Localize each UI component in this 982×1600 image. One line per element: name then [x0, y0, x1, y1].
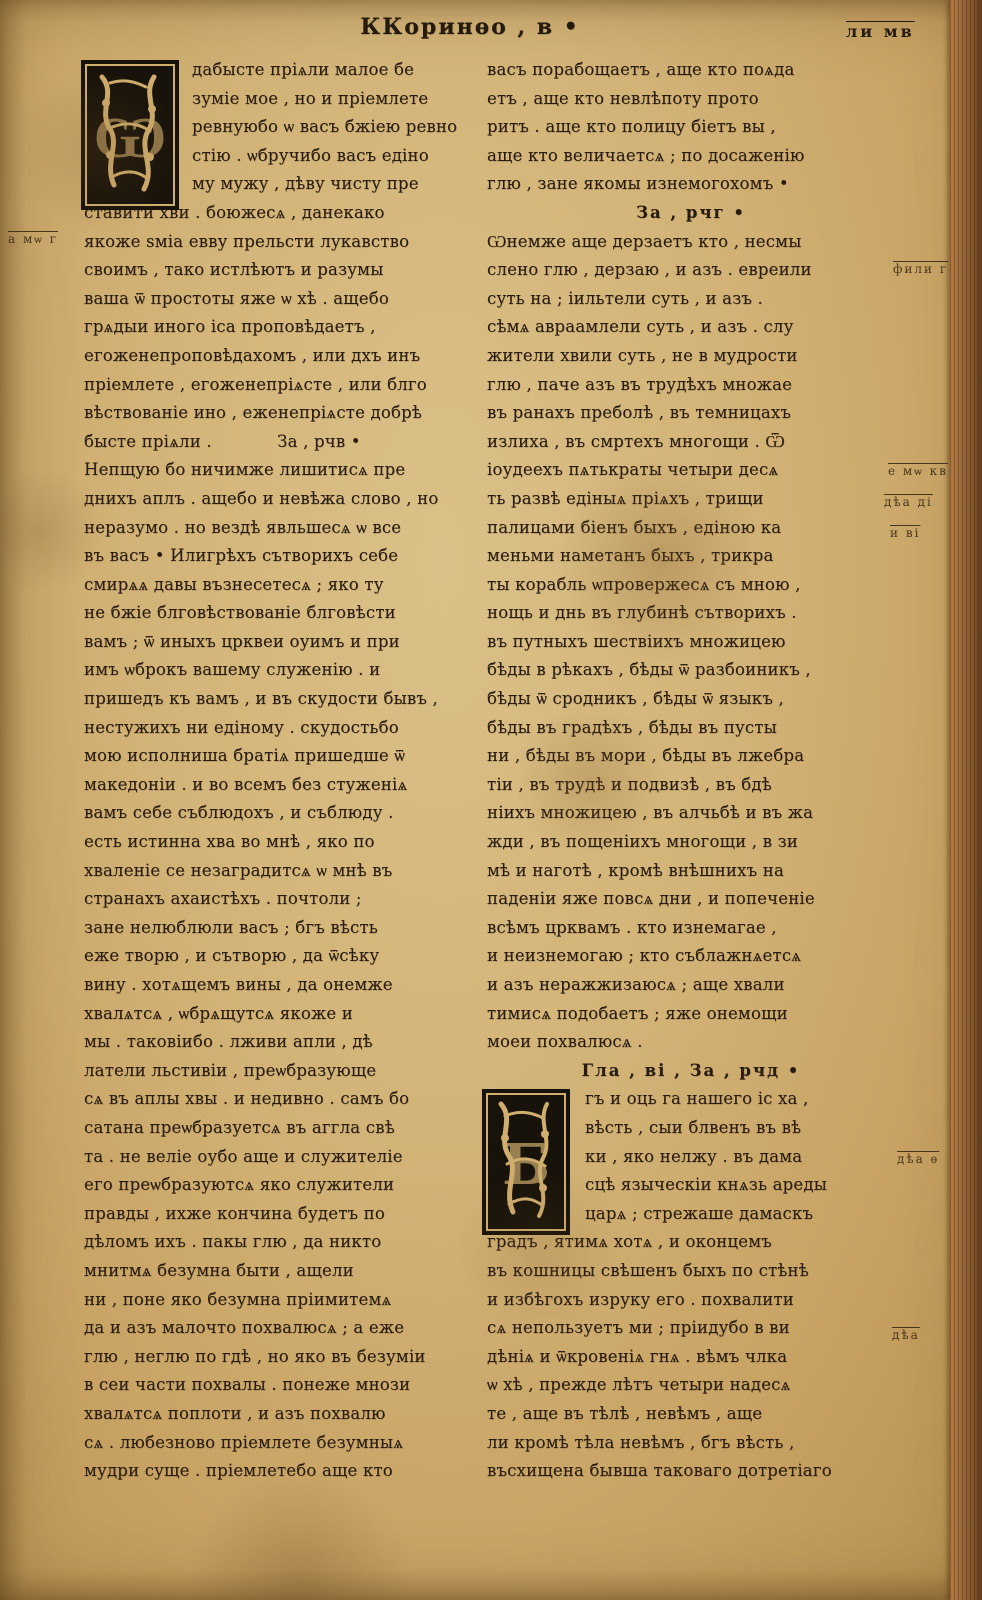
- text-line: въ путныхъ шествіихъ множицею: [487, 628, 895, 657]
- text-line: ты корабль ѡпровержесѧ съ мною ,: [487, 571, 895, 600]
- text-line: меньми наметанъ быхъ , трикра: [487, 542, 895, 571]
- text-line: еже творю , и сътворю , да ѿсѣку: [84, 942, 486, 971]
- text-line: етъ , аще кто невлѣпоту прото: [487, 85, 895, 114]
- text-line: ѡ хѣ , прежде лѣтъ четыри надесѧ: [487, 1371, 895, 1400]
- text-line: ніихъ множицею , въ алчьбѣ и въ жа: [487, 799, 895, 828]
- text-line: вамъ ; ѿ иныхъ црквеи оуимъ и при: [84, 628, 486, 657]
- text-line: зане нелюблюли васъ ; бгъ вѣсть: [84, 914, 486, 943]
- text-line: аще кто величаетсѧ ; по досаженію: [487, 142, 895, 171]
- text-line: те , аще въ тѣлѣ , невѣмъ , аще: [487, 1400, 895, 1429]
- text-line: ли кромѣ тѣла невѣмъ , бгъ вѣсть ,: [487, 1429, 895, 1458]
- text-line: тимисѧ подобаетъ ; яже онемощи: [487, 1000, 895, 1029]
- text-column-right: Б васъ порабощаетъ , аще кто поѧдаетъ , …: [487, 56, 895, 1486]
- text-line: ритъ . аще кто полицу біетъ вы ,: [487, 113, 895, 142]
- folio-number: ли мв: [846, 22, 915, 41]
- margin-reference-acts-9: дѣа ѳ: [897, 1152, 939, 1166]
- text-line: тіи , въ трудѣ и подвизѣ , въ бдѣ: [487, 771, 895, 800]
- text-line: мнитмѧ безумна быти , ащели: [84, 1257, 486, 1286]
- text-line: та . не веліе оубо аще и служителіе: [84, 1143, 486, 1172]
- text-line: глю , зане якомы изнемогохомъ •: [487, 170, 895, 199]
- margin-reference-small: и ві: [890, 526, 920, 540]
- text-line: вину . хотѧщемъ вины , да онемже: [84, 971, 486, 1000]
- text-line: странахъ ахаистѣхъ . почтоли ;: [84, 885, 486, 914]
- text-line: васъ порабощаетъ , аще кто поѧда: [487, 56, 895, 85]
- text-line: правды , ихже кончина будетъ по: [84, 1200, 486, 1229]
- text-line: латели льстивіи , преѡбразующе: [84, 1057, 486, 1086]
- text-line: суть на ; іильтели суть , и азъ .: [487, 285, 895, 314]
- text-line: Непщую бо ничимже лишитисѧ пре: [84, 456, 486, 485]
- text-line: вамъ себе съблюдохъ , и съблюду .: [84, 799, 486, 828]
- text-line: грѧдыи иного іса проповѣдаетъ ,: [84, 313, 486, 342]
- text-line: хвалѧтсѧ , ѡбрѧщутсѧ якоже и: [84, 1000, 486, 1029]
- text-line: и азъ неражжизаюсѧ ; аще хвали: [487, 971, 895, 1000]
- text-line: имъ ѡброкъ вашему служенію . и: [84, 656, 486, 685]
- text-line: и избѣгохъ изруку его . похвалити: [487, 1286, 895, 1315]
- text-line: всѣмъ црквамъ . кто изнемагае ,: [487, 914, 895, 943]
- text-line: моеи похвалюсѧ .: [487, 1028, 895, 1057]
- margin-reference-acts-2: дѣа: [892, 1328, 920, 1342]
- book-page-scan: ККоринѳо , в • ли мв Ѡ дабысте пріѧли ма…: [0, 0, 982, 1600]
- text-line: бѣды въ градѣхъ , бѣды въ пусты: [487, 714, 895, 743]
- text-line: палицами біенъ быхъ , едіною ка: [487, 514, 895, 543]
- text-line: дѣніѧ и ѿкровеніѧ гнѧ . вѣмъ члка: [487, 1343, 895, 1372]
- text-line: сѧ . любезново пріемлете безумныѧ: [84, 1429, 486, 1458]
- text-line: жители хвили суть , не в мудрости: [487, 342, 895, 371]
- text-line: пришедъ къ вамъ , и въ скудости бывъ ,: [84, 685, 486, 714]
- text-line: его преѡбразуютсѧ яко служители: [84, 1171, 486, 1200]
- text-line: и неизнемогаю ; кто съблажнѧетсѧ: [487, 942, 895, 971]
- text-line: излиха , въ смртехъ многощи . Ѿ: [487, 428, 895, 457]
- text-line: Ѡнемже аще дерзаетъ кто , несмы: [487, 228, 895, 257]
- text-line: хваленіе се незаградитсѧ ѡ мнѣ въ: [84, 857, 486, 886]
- text-line: днихъ аплъ . ащебо и невѣжа слово , но: [84, 485, 486, 514]
- text-line: іоудеехъ пѧтькраты четыри десѧ: [487, 456, 895, 485]
- zachalo-marker-line: Гла , ві , За , рчд •: [487, 1057, 895, 1086]
- text-line: ни , поне яко безумна пріимитемѧ: [84, 1286, 486, 1315]
- text-line: македоніи . и во всемъ без стуженіѧ: [84, 771, 486, 800]
- margin-reference-deuteronomy: е мѡ кв: [888, 464, 948, 479]
- zachalo-marker-line: За , рчг •: [487, 199, 895, 228]
- text-line: нощь и днь въ глубинѣ сътворихъ .: [487, 599, 895, 628]
- text-line: мѣ и наготѣ , кромѣ внѣшнихъ на: [487, 857, 895, 886]
- text-line: въ ранахъ преболѣ , въ темницахъ: [487, 399, 895, 428]
- text-line: мою исполниша братіѧ пришедше ѿ: [84, 742, 486, 771]
- text-line: своимъ , тако истлѣютъ и разумы: [84, 256, 486, 285]
- text-line: сѣмѧ авраамлели суть , и азъ . слу: [487, 313, 895, 342]
- text-line: да и азъ малочто похвалюсѧ ; а еже: [84, 1314, 486, 1343]
- text-line: паденіи яже повсѧ дни , и попеченіе: [487, 885, 895, 914]
- text-line: якоже ѕміа евву прельсти лукавство: [84, 228, 486, 257]
- initial-letter: Б: [502, 1132, 550, 1198]
- text-line: мы . таковіибо . лживи апли , дѣ: [84, 1028, 486, 1057]
- text-line: в сеи части похвалы . понеже мнози: [84, 1371, 486, 1400]
- text-line: ни , бѣды въ мори , бѣды въ лжебра: [487, 742, 895, 771]
- woodcut-initial-buki-icon: Б: [481, 1088, 571, 1236]
- text-line: жди , въ пощеніихъ многощи , в зи: [487, 828, 895, 857]
- text-line: сатана преѡбразуетсѧ въ аггла свѣ: [84, 1114, 486, 1143]
- margin-reference-acts: дѣа ді: [884, 495, 933, 509]
- text-line: есть истинна хва во мнѣ , яко по: [84, 828, 486, 857]
- text-line: сѧ въ аплы хвы . и недивно . самъ бо: [84, 1085, 486, 1114]
- text-line: егоженепроповѣдахомъ , или дхъ инъ: [84, 342, 486, 371]
- text-line: бѣды ѿ сродникъ , бѣды ѿ языкъ ,: [487, 685, 895, 714]
- text-line: бѣды в рѣкахъ , бѣды ѿ разбоиникъ ,: [487, 656, 895, 685]
- text-column-left: Ѡ дабысте пріѧли малое безуміе мое , но …: [84, 56, 486, 1486]
- running-title: ККоринѳо , в •: [0, 14, 940, 40]
- text-line: вѣствованіе ино , еженепріѧсте добрѣ: [84, 399, 486, 428]
- text-line: въ кошницы свѣшенъ быхъ по стѣнѣ: [487, 1257, 895, 1286]
- text-line: дѣломъ ихъ . пакы глю , да никто: [84, 1228, 486, 1257]
- text-line: слено глю , дерзаю , и азъ . евреили: [487, 256, 895, 285]
- text-line: нестужихъ ни едіному . скудостьбо: [84, 714, 486, 743]
- margin-reference-philippians: фили г: [893, 262, 948, 276]
- text-line: глю , неглю по гдѣ , но яко въ безуміи: [84, 1343, 486, 1372]
- book-fore-edge: [950, 0, 982, 1600]
- text-line: смирѧѧ давы възнесетесѧ ; яко ту: [84, 571, 486, 600]
- text-line: неразумо . но вездѣ явльшесѧ ѡ все: [84, 514, 486, 543]
- text-line: мудри суще . пріемлетебо аще кто: [84, 1457, 486, 1486]
- text-line: глю , паче азъ въ трудѣхъ множае: [487, 371, 895, 400]
- text-line: ть развѣ едіныѧ пріѧхъ , трищи: [487, 485, 895, 514]
- text-line: въсхищена бывша таковаго дотретіаго: [487, 1457, 895, 1486]
- text-line: сѧ непользуетъ ми ; пріидубо в ви: [487, 1314, 895, 1343]
- text-line: пріемлете , егоженепріѧсте , или блго: [84, 371, 486, 400]
- text-line: бысте пріѧли . За , рчв •: [84, 428, 486, 457]
- text-line: ваша ѿ простоты яже ѡ хѣ . ащебо: [84, 285, 486, 314]
- initial-letter: Ѡ: [94, 103, 167, 171]
- margin-reference-genesis: а мѡ г: [8, 232, 58, 247]
- text-line: не бжіе блговѣствованіе блговѣсти: [84, 599, 486, 628]
- woodcut-initial-omega-icon: Ѡ: [80, 59, 180, 211]
- text-line: въ васъ • Илигрѣхъ сътворихъ себе: [84, 542, 486, 571]
- text-line: хвалѧтсѧ поплоти , и азъ похвалю: [84, 1400, 486, 1429]
